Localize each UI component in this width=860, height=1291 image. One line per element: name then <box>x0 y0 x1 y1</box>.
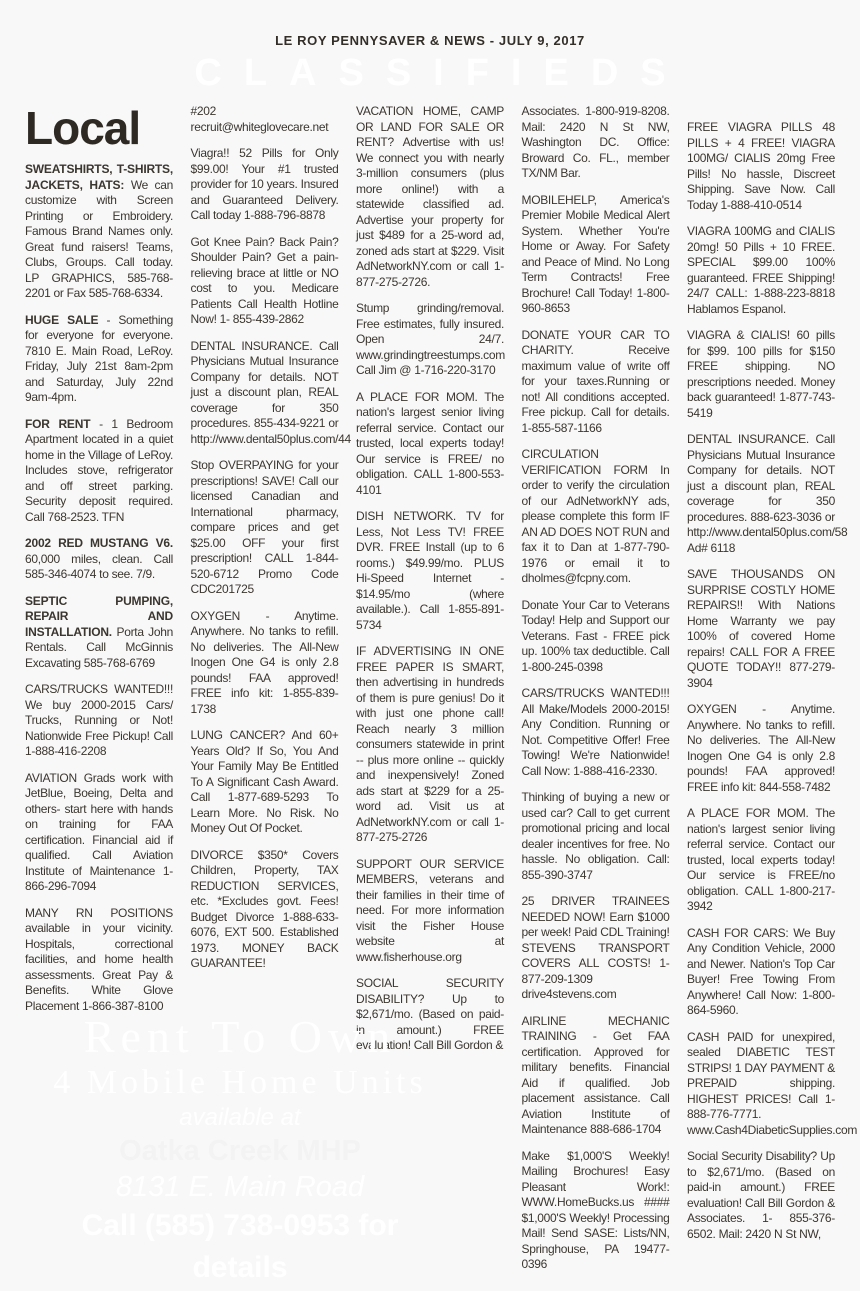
classified-ad: OXYGEN - Anytime. Anywhere. No tanks to … <box>687 702 835 795</box>
classified-ad: MOBILEHELP, America's Premier Mobile Med… <box>522 193 670 317</box>
classified-ad-lead: SWEATSHIRTS, T-SHIRTS, JACKETS, HATS: <box>25 162 173 192</box>
rent-to-own-address: 8131 E. Main Road <box>30 1169 450 1205</box>
rent-to-own-title: Rent To Own <box>30 1012 450 1063</box>
classified-ad: Viagra!! 52 Pills for Only $99.00! Your … <box>191 146 339 224</box>
classified-ad: A PLACE FOR MOM. The nation's largest se… <box>356 390 504 499</box>
classified-ad: CARS/TRUCKS WANTED!!! All Make/Models 20… <box>522 686 670 779</box>
classified-ad-lead: FOR RENT <box>25 417 99 431</box>
classified-ad: DIVORCE $350* Covers Children, Property,… <box>191 848 339 972</box>
classified-ad: A PLACE FOR MOM. The nation's largest se… <box>687 806 835 915</box>
classified-ad-lead: 2002 RED MUSTANG V6. <box>25 536 173 550</box>
classified-ad: Associates. 1-800-919-8208. Mail: 2420 N… <box>522 104 670 182</box>
classified-ad: Stump grinding/removal. Free estimates, … <box>356 301 504 379</box>
classified-ad-lead: HUGE SALE <box>25 313 107 327</box>
classified-ad: FOR RENT - 1 Bedroom Apartment located i… <box>25 417 173 526</box>
classified-ad: DISH NETWORK. TV for Less, Not Less TV! … <box>356 509 504 633</box>
newspaper-page: LE ROY PENNYSAVER & NEWS - JULY 9, 2017 … <box>0 0 860 1291</box>
masthead: LE ROY PENNYSAVER & NEWS - JULY 9, 2017 <box>0 0 860 48</box>
classified-ad: Make $1,000'S Weekly! Mailing Brochures!… <box>522 1149 670 1273</box>
classified-ad: AIRLINE MECHANIC TRAINING - Get FAA cert… <box>522 1014 670 1138</box>
classified-ad: CARS/TRUCKS WANTED!!! We buy 2000-2015 C… <box>25 682 173 760</box>
classified-ad: 2002 RED MUSTANG V6. 60,000 miles, clean… <box>25 536 173 583</box>
rent-to-own-ad: Rent To Own 4 Mobile Home Units availabl… <box>30 1012 450 1289</box>
rent-to-own-park-name: Oatka Creek MHP <box>30 1133 450 1169</box>
column-4: Associates. 1-800-919-8208. Mail: 2420 N… <box>522 104 670 1284</box>
classified-ad: Donate Your Car to Veterans Today! Help … <box>522 598 670 676</box>
classified-ad: Social Security Disability? Up to $2,671… <box>687 1149 835 1242</box>
classified-ad: IF ADVERTISING IN ONE FREE PAPER IS SMAR… <box>356 644 504 846</box>
classified-ad: CASH PAID for unexpired, sealed DIABETIC… <box>687 1030 835 1139</box>
classified-ad: SEPTIC PUMPING, REPAIR AND INSTALLATION.… <box>25 594 173 672</box>
classified-ad: MANY RN POSITIONS available in your vici… <box>25 906 173 1015</box>
classified-ad: Stop OVERPAYING for your prescriptions! … <box>191 458 339 598</box>
classified-ad: #202 recruit@whiteglovecare.net <box>191 104 339 135</box>
classified-ad: OXYGEN - Anytime. Anywhere. No tanks to … <box>191 609 339 718</box>
classified-ad: DENTAL INSURANCE. Call Physicians Mutual… <box>687 432 835 556</box>
classified-ad: Got Knee Pain? Back Pain? Shoulder Pain?… <box>191 235 339 328</box>
rent-to-own-availability: available at <box>30 1102 450 1133</box>
classified-ad: 25 DRIVER TRAINEES NEEDED NOW! Earn $100… <box>522 894 670 1003</box>
rent-to-own-phone: Call (585) 738-0953 for details <box>30 1205 450 1289</box>
classified-ad: LUNG CANCER? And 60+ Years Old? If So, Y… <box>191 728 339 837</box>
classified-ad: DENTAL INSURANCE. Call Physicians Mutual… <box>191 339 339 448</box>
classified-ad: SUPPORT OUR SERVICE MEMBERS, veterans an… <box>356 857 504 966</box>
classified-ad: CASH FOR CARS: We Buy Any Condition Vehi… <box>687 926 835 1019</box>
classifieds-banner: CLASSIFIEDS <box>0 54 860 92</box>
classified-ad: FREE VIAGRA PILLS 48 PILLS + 4 FREE! VIA… <box>687 120 835 213</box>
classified-ad: VIAGRA & CIALIS! 60 pills for $99. 100 p… <box>687 328 835 421</box>
classified-ad: DONATE YOUR CAR TO CHARITY. Receive maxi… <box>522 328 670 437</box>
classified-ad: CIRCULATION VERIFICATION FORM In order t… <box>522 447 670 587</box>
classified-ad-lead: SEPTIC PUMPING, REPAIR AND INSTALLATION. <box>25 594 173 639</box>
classified-ad: SWEATSHIRTS, T-SHIRTS, JACKETS, HATS: We… <box>25 162 173 302</box>
classified-ad: VACATION HOME, CAMP OR LAND FOR SALE OR … <box>356 104 504 290</box>
column-5: FREE VIAGRA PILLS 48 PILLS + 4 FREE! VIA… <box>687 104 835 1284</box>
local-section-heading: Local <box>25 104 173 152</box>
classified-ad: Thinking of buying a new or used car? Ca… <box>522 790 670 883</box>
classified-ad: AVIATION Grads work with JetBlue, Boeing… <box>25 771 173 895</box>
classified-ad: HUGE SALE - Something for everyone for e… <box>25 313 173 406</box>
rent-to-own-subtitle: 4 Mobile Home Units <box>30 1063 450 1102</box>
classified-ad: SAVE THOUSANDS ON SURPRISE COSTLY HOME R… <box>687 567 835 691</box>
classified-ad: VIAGRA 100MG and CIALIS 20mg! 50 Pills +… <box>687 224 835 317</box>
